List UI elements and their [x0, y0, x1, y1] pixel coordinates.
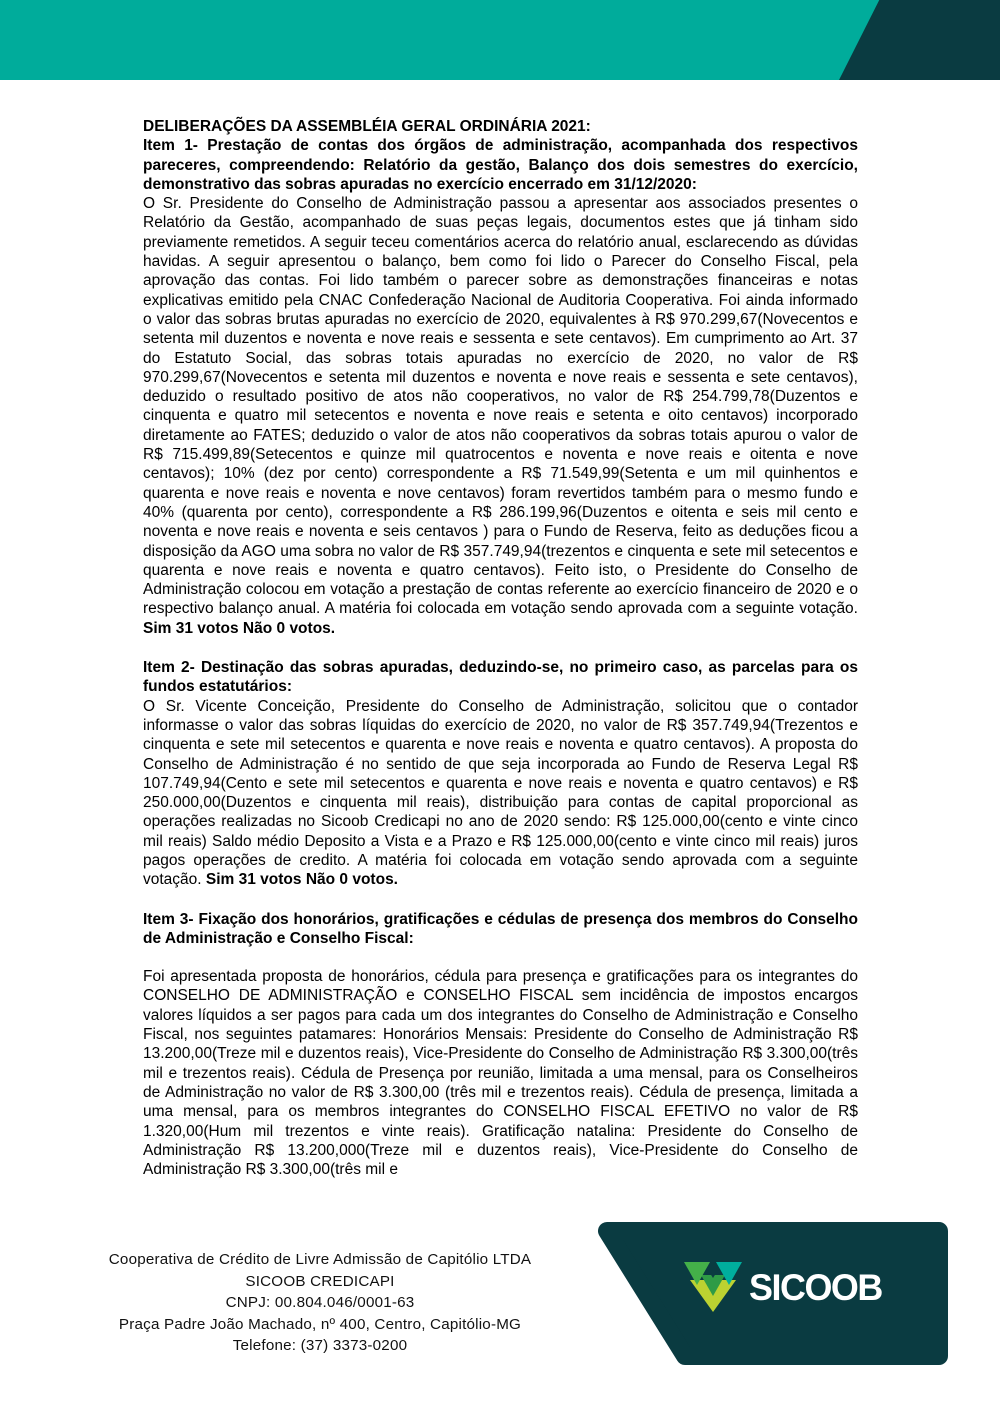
- item2-body: O Sr. Vicente Conceição, Presidente do C…: [143, 697, 858, 890]
- item1-vote-result: Sim 31 votos Não 0 votos.: [143, 620, 335, 637]
- item1-body: O Sr. Presidente do Conselho de Administ…: [143, 194, 858, 638]
- item2-vote-result: Sim 31 votos Não 0 votos.: [206, 871, 398, 888]
- footer-address: Praça Padre João Machado, nº 400, Centro…: [85, 1314, 555, 1336]
- document-body: DELIBERAÇÕES DA ASSEMBLÉIA GERAL ORDINÁR…: [143, 117, 858, 1179]
- item1-body-text: O Sr. Presidente do Conselho de Administ…: [143, 195, 858, 617]
- footer-company-name: Cooperativa de Crédito de Livre Admissão…: [85, 1249, 555, 1271]
- footer-contact-block: Cooperativa de Crédito de Livre Admissão…: [85, 1249, 555, 1357]
- sicoob-logo-mark-icon: [684, 1262, 742, 1314]
- item3-heading: Item 3- Fixação dos honorários, gratific…: [143, 910, 858, 949]
- footer-brand-name: SICOOB CREDICAPI: [85, 1271, 555, 1293]
- document-title: DELIBERAÇÕES DA ASSEMBLÉIA GERAL ORDINÁR…: [143, 117, 858, 136]
- sicoob-logo: SICOOB: [684, 1262, 886, 1314]
- document-page: { "document": { "title": "DELIBERAÇÕES D…: [0, 0, 1000, 1414]
- header-corner-accent: [839, 0, 1000, 80]
- footer-logo-badge: SICOOB: [598, 1222, 948, 1365]
- item2-heading: Item 2- Destinação das sobras apuradas, …: [143, 658, 858, 697]
- sicoob-wordmark: SICOOB: [749, 1267, 882, 1309]
- footer-cnpj: CNPJ: 00.804.046/0001-63: [85, 1292, 555, 1314]
- footer-phone: Telefone: (37) 3373-0200: [85, 1335, 555, 1357]
- item1-heading: Item 1- Prestação de contas dos órgãos d…: [143, 136, 858, 194]
- item3-body: Foi apresentada proposta de honorários, …: [143, 967, 858, 1179]
- item2-body-text: O Sr. Vicente Conceição, Presidente do C…: [143, 698, 858, 889]
- header-bar: [0, 0, 1000, 80]
